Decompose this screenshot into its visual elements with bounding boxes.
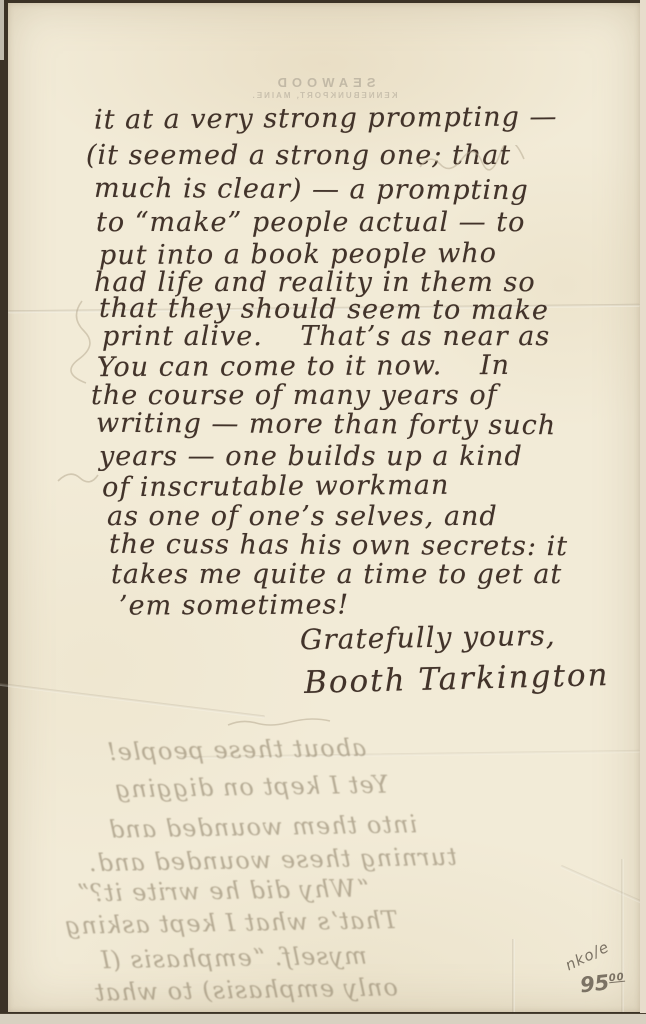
bleedthrough-line: only emphasis) to what [94, 973, 398, 1006]
handwriting-line: ’em sometimes! [119, 589, 349, 621]
handwriting-line: much is clear) — a prompting [94, 173, 529, 206]
handwriting-line: it at a very strong prompting — [94, 101, 558, 135]
handwriting-line: the cuss has his own secrets: it [109, 529, 568, 562]
letterhead-bleedthrough: SEAWOOD KENNEBUNKPORT, MAINE. [8, 75, 640, 100]
pencil-price-value: 95 [579, 970, 611, 997]
handwriting-line: You can come to it now. In [97, 350, 510, 383]
handwriting-line: to “make” people actual — to [96, 207, 525, 238]
fold-crease-diagonal-right [560, 865, 646, 912]
bleedthrough-line: into them wounded and [108, 810, 418, 843]
pencil-price-note: 9500 [579, 969, 626, 998]
handwriting-line: years — one builds up a kind [99, 441, 523, 472]
closing-line: Gratefully yours, [300, 619, 556, 656]
fold-crease-diagonal-left [0, 683, 265, 719]
bleedthrough-line: turning these wounded and. [88, 843, 457, 877]
handwriting-line: as one of one’s selves, and [107, 501, 498, 532]
bleedthrough-smudge [224, 715, 336, 731]
handwriting-line: the course of many years of [91, 380, 498, 411]
bleedthrough-smudge [60, 295, 96, 391]
bleedthrough-line: Yet I kept on digging [114, 771, 389, 804]
pencil-price-cents: 00 [608, 972, 625, 985]
bleedthrough-line: “Why did he write it?” [76, 874, 370, 907]
scan-edge-sliver [0, 0, 4, 60]
letterhead-name: SEAWOOD [8, 75, 640, 90]
handwriting-line: writing — more than forty such [96, 408, 556, 441]
scan-edge-right [640, 0, 646, 1024]
handwriting-line: of inscrutable workman [102, 470, 449, 503]
pencil-dealer-code: nko/e [562, 938, 612, 975]
bleedthrough-smudge [414, 145, 532, 177]
bleedthrough-line: myself. “emphasis (I [100, 942, 367, 975]
bleedthrough-line: about these people! [106, 734, 367, 767]
fold-crease-vertical-1 [512, 939, 515, 1012]
letterhead-address: KENNEBUNKPORT, MAINE. [8, 91, 640, 100]
scan-edge-bottom [0, 1013, 646, 1024]
letter-page: SEAWOOD KENNEBUNKPORT, MAINE. it at a ve… [8, 3, 640, 1012]
bleedthrough-smudge [54, 465, 104, 489]
bleedthrough-line: That’s what I kept asking [64, 906, 398, 940]
signature: Booth Tarkington [304, 657, 610, 701]
scanned-letter: SEAWOOD KENNEBUNKPORT, MAINE. it at a ve… [0, 0, 646, 1024]
handwriting-line: print alive. That’s as near as [102, 321, 550, 352]
handwriting-line: takes me quite a time to get at [111, 559, 562, 590]
